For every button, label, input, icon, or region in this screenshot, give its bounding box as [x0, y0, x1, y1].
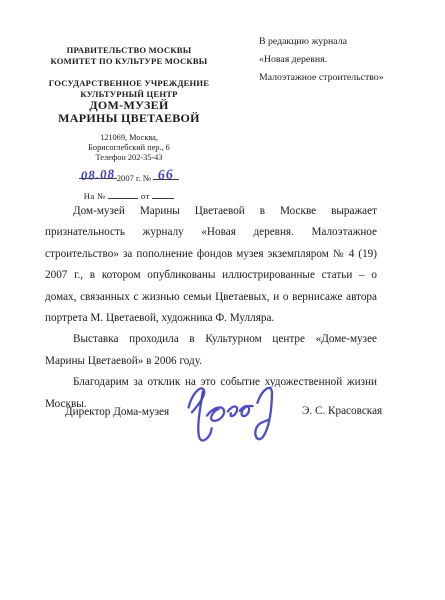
handwritten-date: 08.08 — [80, 166, 115, 184]
org-committee-line: КОМИТЕТ ПО КУЛЬТУРЕ МОСКВЫ — [30, 56, 228, 67]
body-paragraph: Дом-музей Марины Цветаевой в Москве выра… — [45, 201, 377, 329]
reference-number-line: 08.082007 г. № 66 — [30, 169, 228, 183]
org-institution-line: ГОСУДАРСТВЕННОЕ УЧРЕЖДЕНИЕ — [30, 78, 228, 89]
recipient-line: В редакцию журнала — [259, 33, 434, 51]
number-blank-field: 66 — [153, 170, 179, 180]
reply-date-blank — [152, 189, 174, 199]
number-sign-label: № — [143, 173, 151, 183]
date-year-label: 2007 г. — [117, 173, 141, 183]
date-blank-field: 08.08 — [79, 169, 117, 179]
reply-reference-line: На № от — [30, 189, 228, 201]
signer-name: Э. С. Красовская — [302, 405, 382, 417]
handwritten-signature-icon — [179, 376, 293, 454]
handwritten-number: 66 — [158, 167, 175, 184]
letterhead-block: ПРАВИТЕЛЬСТВО МОСКВЫ КОМИТЕТ ПО КУЛЬТУРЕ… — [30, 45, 228, 201]
signer-title: Директор Дома-музея — [65, 406, 169, 418]
recipient-block: В редакцию журнала «Новая деревня. Малоэ… — [259, 33, 434, 87]
body-paragraph: Выставка проходила в Культурном центре «… — [45, 329, 377, 372]
org-name-line2: МАРИНЫ ЦВЕТАЕВОЙ — [30, 112, 228, 125]
recipient-line: Малоэтажное строительство» — [259, 69, 434, 87]
address-phone-line: Телефон 202-35-43 — [30, 153, 228, 163]
org-government-line: ПРАВИТЕЛЬСТВО МОСКВЫ — [30, 45, 228, 56]
reply-number-blank — [108, 189, 138, 199]
address-street-line: Борисоглебский пер., 6 — [30, 143, 228, 153]
letter-document-page: В редакцию журнала «Новая деревня. Малоэ… — [0, 0, 445, 600]
recipient-line: «Новая деревня. — [259, 51, 434, 69]
reply-from-label: от — [141, 191, 150, 201]
reply-number-label: На № — [84, 191, 106, 201]
address-postal-line: 121069, Москва, — [30, 133, 228, 143]
